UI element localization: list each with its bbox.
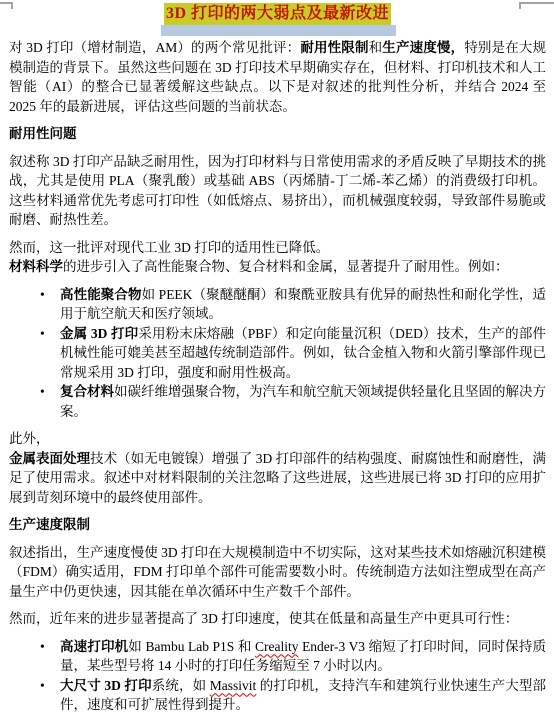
bold-text-run: 高性能聚合物 [60, 287, 142, 302]
bullet-item: •金属 3D 打印采用粉末床熔融（PBF）和定向能量沉积（DED）技术，生产的部… [60, 324, 546, 383]
bold-text-run: 复合材料 [60, 384, 114, 399]
paragraph: 对 3D 打印（增材制造，AM）的两个常见批评：耐用性限制和生产速度慢，特别是在… [9, 38, 546, 116]
bullet-item: •复合材料如碳纤维增强聚合物，为汽车和航空航天领域提供轻量化且坚固的解决方案。 [60, 382, 546, 421]
bold-text-run: 金属 3D 打印 [60, 326, 138, 341]
paragraph: 然而，这一批评对现代工业 3D 打印的适用性已降低。 [9, 238, 546, 258]
text-run: 和 [369, 40, 383, 55]
paragraph: 此外， [9, 429, 546, 449]
text-run: 系统，如 [152, 678, 210, 693]
bold-text-run: 金属表面处理 [9, 451, 90, 466]
text-run: 如碳纤维增强聚合物，为汽车和航空航天领域提供轻量化且坚固的解决方案。 [60, 384, 546, 419]
title-selection-strip [161, 25, 396, 36]
text-run: 然而，近年来的进步显著提高了 3D 打印速度，使其在低量和高量生产中更具可行性： [9, 611, 518, 626]
paragraph: 叙述指出，生产速度慢使 3D 打印在大规模制造中不切实际，这对某些技术如熔融沉积… [9, 543, 546, 602]
bullet-icon: • [40, 382, 45, 402]
misspelled-word: Massivit [210, 678, 257, 693]
text-run: 如 Bambu Lab P1S 和 [128, 639, 255, 654]
page-title: 3D 打印的两大弱点及最新改进 [164, 3, 391, 25]
text-run: 叙述称 3D 打印产品缺乏耐用性，因为打印材料与日常使用需求的矛盾反映了早期技术… [9, 154, 546, 228]
bullet-item: •大尺寸 3D 打印系统，如 Massivit 的打印机，支持汽车和建筑行业快速… [60, 676, 546, 712]
bullet-icon: • [40, 285, 45, 305]
paragraph: 金属表面处理技术（如无电镀镍）增强了 3D 打印部件的结构强度、耐腐蚀性和耐磨性… [9, 449, 546, 508]
bullet-list: •高速打印机如 Bambu Lab P1S 和 Creality Ender-3… [9, 637, 546, 712]
document-content: 3D 打印的两大弱点及最新改进 对 3D 打印（增材制造，AM）的两个常见批评：… [0, 0, 554, 712]
text-run: 技术（如无电镀镍）增强了 3D 打印部件的结构强度、耐腐蚀性和耐磨性，满足了使用… [9, 451, 546, 505]
bold-text-run: 大尺寸 3D 打印 [60, 678, 152, 693]
bullet-list: •高性能聚合物如 PEEK（聚醚醚酮）和聚酰亚胺具有优异的耐热性和耐化学性，适用… [9, 285, 546, 422]
bold-text-run: 耐用性限制 [300, 40, 368, 55]
title-highlight-group: 3D 打印的两大弱点及最新改进 [164, 3, 391, 36]
document-page: 3D 打印的两大弱点及最新改进 对 3D 打印（增材制造，AM）的两个常见批评：… [0, 0, 554, 712]
bold-text-run: 生产速度慢， [382, 40, 464, 55]
bullet-icon: • [40, 637, 45, 657]
document-title-block: 3D 打印的两大弱点及最新改进 [9, 3, 546, 36]
text-run: 叙述指出，生产速度慢使 3D 打印在大规模制造中不切实际，这对某些技术如熔融沉积… [9, 545, 546, 599]
bold-text-run: 高速打印机 [60, 639, 128, 654]
bold-text-run: 材料科学 [9, 259, 63, 274]
paragraph: 然而，近年来的进步显著提高了 3D 打印速度，使其在低量和高量生产中更具可行性： [9, 609, 546, 629]
text-run: 然而，这一批评对现代工业 3D 打印的适用性已降低。 [9, 240, 329, 255]
section-heading: 耐用性问题 [9, 124, 546, 144]
text-boundary-mark-top-left [0, 2, 13, 9]
paragraph: 叙述称 3D 打印产品缺乏耐用性，因为打印材料与日常使用需求的矛盾反映了早期技术… [9, 152, 546, 230]
text-run: 此外， [9, 431, 50, 446]
bullet-item: •高速打印机如 Bambu Lab P1S 和 Creality Ender-3… [60, 637, 546, 676]
paragraph: 材料科学的进步引入了高性能聚合物、复合材料和金属，显著提升了耐用性。例如： [9, 257, 546, 277]
text-run: 的进步引入了高性能聚合物、复合材料和金属，显著提升了耐用性。例如： [63, 259, 509, 274]
text-run: 对 3D 打印（增材制造，AM）的两个常见批评： [9, 40, 300, 55]
section-heading: 生产速度限制 [9, 515, 546, 535]
document-body: 对 3D 打印（增材制造，AM）的两个常见批评：耐用性限制和生产速度慢，特别是在… [9, 38, 546, 712]
bullet-icon: • [40, 324, 45, 344]
bullet-icon: • [40, 676, 45, 696]
misspelled-word: Creality [255, 639, 299, 654]
bullet-item: •高性能聚合物如 PEEK（聚醚醚酮）和聚酰亚胺具有优异的耐热性和耐化学性，适用… [60, 285, 546, 324]
text-boundary-mark-top-right [519, 2, 554, 9]
